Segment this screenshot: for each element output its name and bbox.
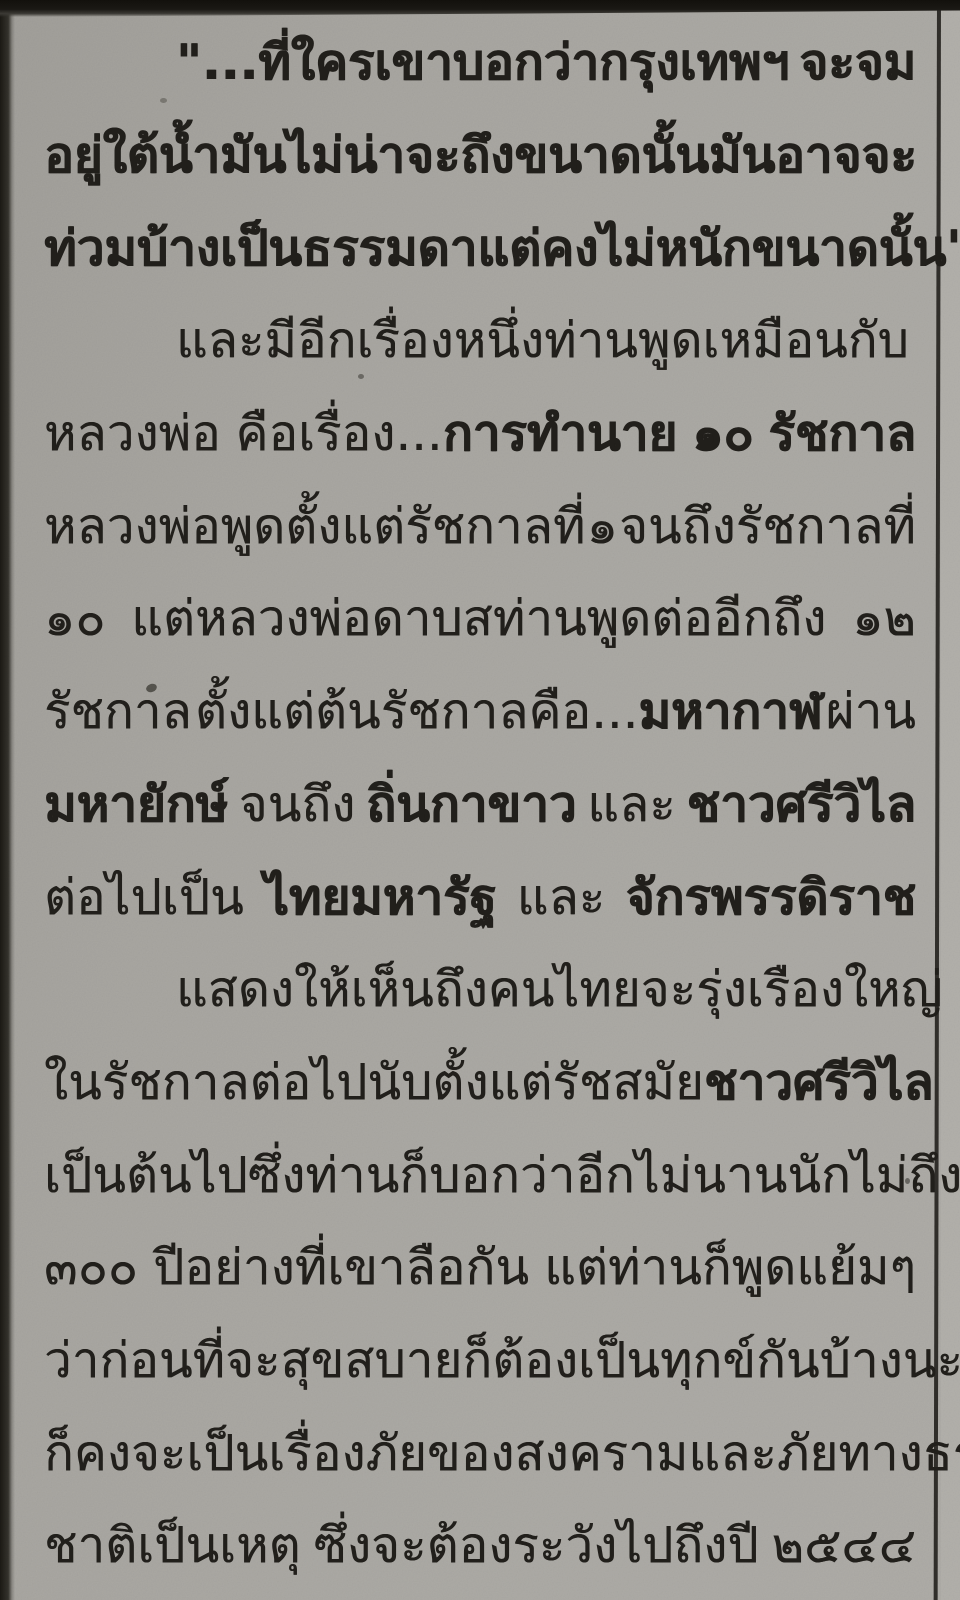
bold-text-run: มหากาฬ [638,683,822,740]
text-run: ตั้งแต่ต้นรัชกาลคือ... [195,683,638,740]
text-segment: รัชกาล [44,672,192,750]
text-line: แสดงให้เห็นถึงคนไทยจะรุ่งเรืองใหญ่ [44,943,916,1036]
text-line: ในรัชกาลต่อไปนับตั้งแต่รัชสมัยชาวศรีวิไล [44,1036,916,1129]
text-segment: แสดงให้เห็นถึงคนไทยจะรุ่งเรืองใหญ่ [176,950,943,1028]
text-segment: ถิ่นกาขาว [366,765,576,843]
text-run: ๓๐๐ [44,1239,138,1296]
bold-text-run: ถิ่นกาขาว [366,776,576,833]
bold-text-run: อยู่ใต้น้ำ [44,127,220,184]
text-segment: หลวงพ่อ [44,394,221,472]
text-segment: ชาวศรีวิไล [686,765,916,843]
text-segment: รัชกาล [768,394,916,472]
bold-text-run: รัชกาล [768,405,916,462]
text-run: ซึ่งจะต้องระวังไปถึงปี [314,1517,759,1574]
scan-edge-left [0,0,15,1600]
text-line: อยู่ใต้น้ำมันไม่น่าจะถึงขนาดนั้นมันอาจจะ [44,109,916,202]
text-run: จนถึงรัชกาลที่ [619,498,916,555]
text-column: "...ที่ใครเขาบอกว่ากรุงเทพฯจะจมอยู่ใต้น้… [44,16,916,1592]
text-segment: อยู่ใต้น้ำ [44,116,220,194]
text-segment: ผ่าน [826,672,916,750]
text-line: ชาติเป็นเหตุซึ่งจะต้องระวังไปถึงปี๒๕๔๔ [44,1499,916,1592]
text-run: แต่ท่านก็พูดแย้มๆ [544,1239,916,1296]
text-line: "...ที่ใครเขาบอกว่ากรุงเทพฯจะจม [44,16,916,109]
text-segment: ตั้งแต่ต้นรัชกาลคือ...มหากาฬ [195,672,822,750]
text-segment: ชาติเป็นเหตุ [44,1506,301,1584]
text-run: คือเรื่อง... [236,405,443,462]
text-segment: ก็ต้องเป็นทุกข์กันบ้างนะ [462,1321,960,1399]
scanned-page: "...ที่ใครเขาบอกว่ากรุงเทพฯจะจมอยู่ใต้น้… [0,0,960,1600]
text-run: และภัยทางธรรม [688,1425,960,1482]
bold-text-run: มันไม่น่าจะถึงขนาดนั้น [220,127,709,184]
bold-text-run: มหายักษ์ [44,776,228,833]
text-segment: ซึ่งจะต้องระวังไปถึงปี [314,1506,759,1584]
text-segment: ๑ [587,487,618,565]
text-segment: จะจม [799,23,916,101]
text-segment: ปีอย่างที่เขาลือกัน [153,1228,529,1306]
text-line: เป็นต้นไปซึ่งท่านก็บอกว่าอีกไม่นานนักไม่… [44,1128,916,1221]
text-run: ไม่ถึง [851,1147,960,1204]
text-segment: หลวงพ่อพูดตั้งแต่รัชกาลที่ [44,487,585,565]
text-line: ต่อไปเป็นไทยมหารัฐและจักรพรรดิราช [44,850,916,943]
text-run: ๑ [587,498,618,555]
text-run: และ [517,869,606,926]
text-line: ๓๐๐ปีอย่างที่เขาลือกันแต่ท่านก็พูดแย้มๆ [44,1221,916,1314]
text-run: แต่หลวงพ่อดาบสท่านพูดต่ออีกถึง [131,590,826,647]
text-run: ปีอย่างที่เขาลือกัน [153,1239,529,1296]
text-line: ท่วมบ้างเป็นธรรมดาแต่คงไม่หนักขนาดนั้น" [44,201,916,294]
text-line: หลวงพ่อคือเรื่อง...การทำนาย๑๐รัชกาล [44,387,916,480]
text-run: ก็ต้องเป็นทุกข์กันบ้างนะ [462,1332,960,1389]
bold-text-run: ๑๐ [692,405,753,462]
text-segment: ๓๐๐ [44,1228,138,1306]
text-run: ผ่าน [826,683,916,740]
text-run: ๒๕๔๔ [772,1517,916,1574]
text-segment: นับตั้งแต่รัชสมัย [367,1043,703,1121]
bold-text-run: จักรพรรดิราช [625,869,916,926]
bold-text-run: ชาวศรีวิไล [704,1054,934,1111]
text-segment: แต่หลวงพ่อดาบสท่านพูดต่ออีกถึง [131,579,826,657]
text-line: มหายักษ์จนถึงถิ่นกาขาวและชาวศรีวิไล [44,758,916,851]
text-run: ว่าก่อนที่จะสุขสบาย [44,1332,462,1389]
text-segment: ชาวศรีวิไล [704,1043,934,1121]
text-line: รัชกาลตั้งแต่ต้นรัชกาลคือ...มหากาฬผ่าน [44,665,916,758]
text-segment: และภัยทางธรรม [688,1414,960,1492]
text-run: ชาติเป็นเหตุ [44,1517,301,1574]
text-run: นับตั้งแต่รัชสมัย [367,1054,703,1111]
text-segment: ๒๕๔๔ [772,1506,916,1584]
scan-edge-top [0,0,960,17]
text-run: ๑๒ [852,590,916,647]
text-segment: เป็นต้นไป [44,1136,248,1214]
text-line: ๑๐แต่หลวงพ่อดาบสท่านพูดต่ออีกถึง๑๒ [44,572,916,665]
text-segment: ท่วมบ้างเป็นธรรมดา [44,209,477,287]
bold-text-run: จะจม [799,34,916,91]
text-segment: ในรัชกาลต่อไป [44,1043,367,1121]
text-segment: แต่ท่านก็พูดแย้มๆ [544,1228,916,1306]
text-run: เป็นต้นไป [44,1147,248,1204]
text-segment: ต่อไปเป็น [44,858,244,936]
text-segment: และ [587,765,676,843]
bold-text-run: ท่วมบ้างเป็นธรรมดา [44,220,477,277]
bold-text-run: แต่คงไม่หนักขนาดนั้น" [477,220,960,277]
text-segment: ซึ่งท่านก็บอกว่าอีกไม่นานนัก [248,1136,851,1214]
bold-text-run: มันอาจจะ [709,127,917,184]
text-line: และมีอีกเรื่องหนึ่งท่านพูดเหมือนกับ [44,294,916,387]
text-run: หลวงพ่อพูดตั้งแต่รัชกาลที่ [44,498,585,555]
bold-text-run: ไทยมหารัฐ [264,869,497,926]
text-segment: มหายักษ์ [44,765,228,843]
text-segment: ไม่ถึง [851,1136,960,1214]
text-run: รัชกาล [44,683,192,740]
text-line: หลวงพ่อพูดตั้งแต่รัชกาลที่๑จนถึงรัชกาลที… [44,479,916,572]
text-run: ในรัชกาลต่อไป [44,1054,367,1111]
text-segment: ว่าก่อนที่จะสุขสบาย [44,1321,462,1399]
text-run: ซึ่งท่านก็บอกว่าอีกไม่นานนัก [248,1147,851,1204]
text-segment: มันไม่น่าจะถึงขนาดนั้น [220,116,709,194]
text-line: ก็คงจะเป็นเรื่องภัยของสงครามและภัยทางธรร… [44,1406,916,1499]
text-line: ว่าก่อนที่จะสุขสบายก็ต้องเป็นทุกข์กันบ้า… [44,1314,916,1407]
text-run: และ [587,776,676,833]
text-run: ก็คงจะเป็นเรื่องภัยของสงคราม [44,1425,688,1482]
text-segment: ๑๐ [692,394,753,472]
text-run: ต่อไปเป็น [44,869,244,926]
bold-text-run: "...ที่ใครเขาบอกว่ากรุงเทพฯ [176,34,789,91]
text-segment: "...ที่ใครเขาบอกว่ากรุงเทพฯ [176,23,789,101]
text-segment: จักรพรรดิราช [625,858,916,936]
text-segment: คือเรื่อง...การทำนาย [236,394,678,472]
text-segment: มันอาจจะ [709,116,917,194]
bold-text-run: การทำนาย [443,405,677,462]
text-segment: และมีอีกเรื่องหนึ่งท่านพูดเหมือนกับ [176,301,909,379]
text-run: แสดงให้เห็นถึงคนไทยจะรุ่งเรืองใหญ่ [176,961,943,1018]
text-segment: จนถึง [239,765,356,843]
bold-text-run: ชาวศรีวิไล [686,776,916,833]
text-segment: ก็คงจะเป็นเรื่องภัยของสงคราม [44,1414,688,1492]
text-segment: ๑๐ [44,579,105,657]
text-segment: จนถึงรัชกาลที่ [619,487,916,565]
text-segment: แต่คงไม่หนักขนาดนั้น" [477,209,960,287]
text-run: หลวงพ่อ [44,405,221,462]
text-segment: ๑๒ [852,579,916,657]
text-segment: และ [517,858,606,936]
text-run: ๑๐ [44,590,105,647]
text-segment: ไทยมหารัฐ [264,858,497,936]
text-run: จนถึง [239,776,356,833]
text-run: และมีอีกเรื่องหนึ่งท่านพูดเหมือนกับ [176,312,909,369]
